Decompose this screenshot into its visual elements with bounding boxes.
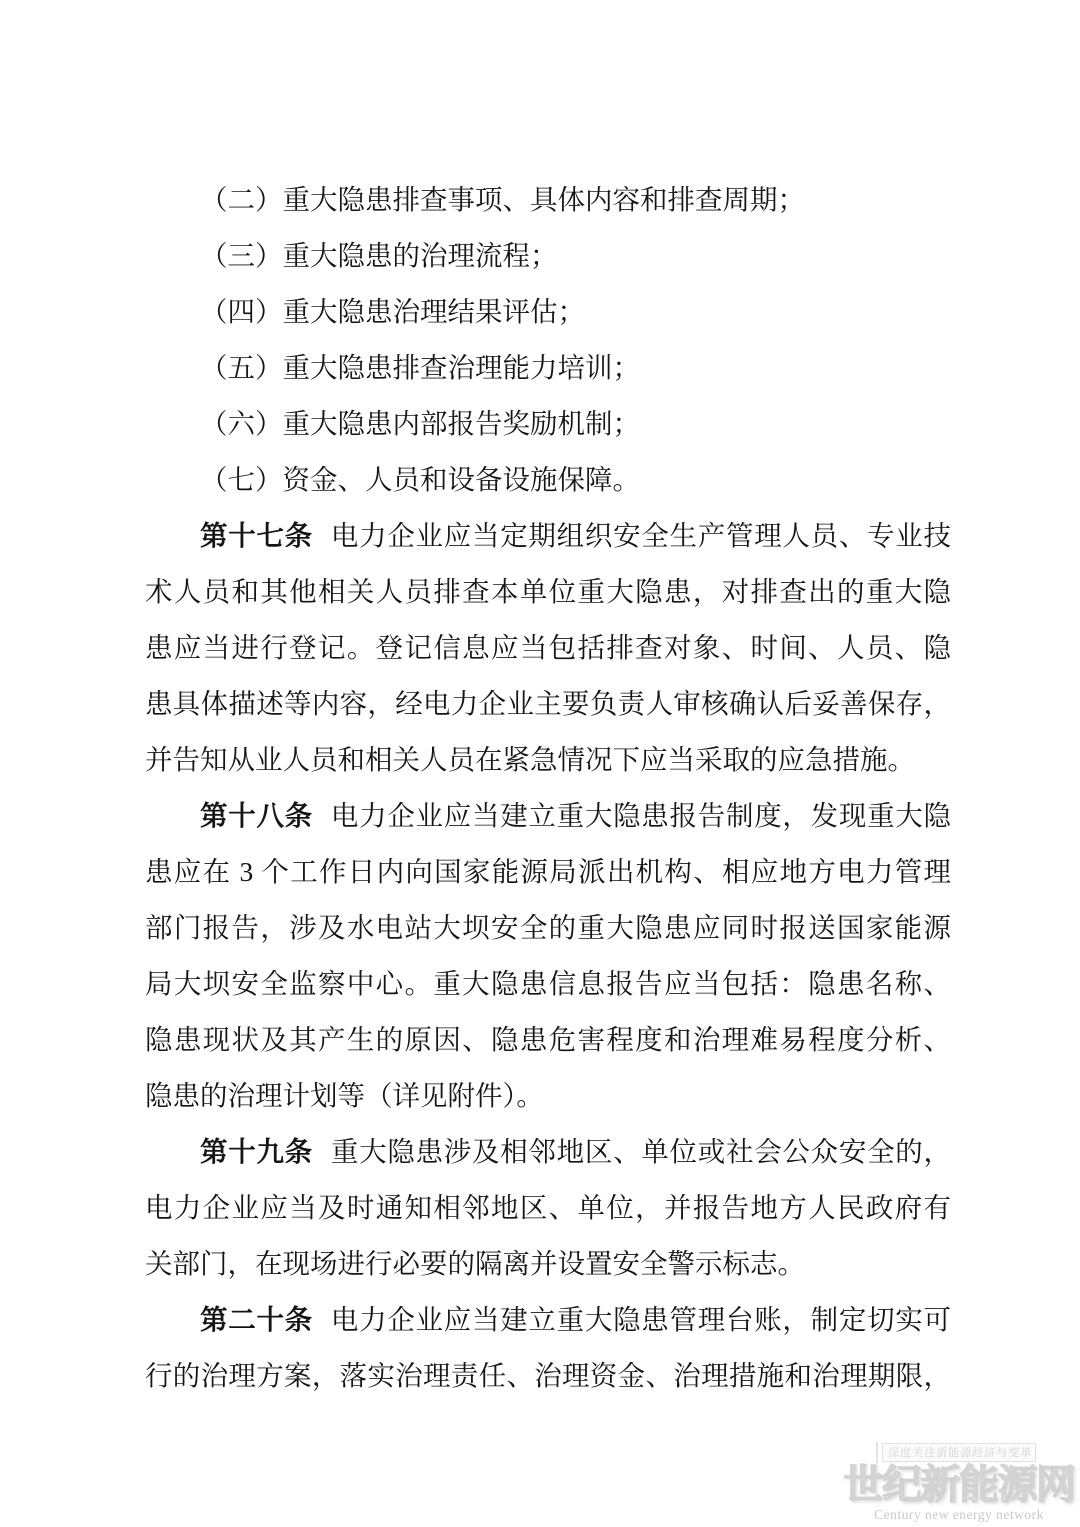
watermark-slogan-text: 深度关注新能源经济与变革 (887, 1446, 1031, 1458)
text-line: 行的治理方案，落实治理责任、治理资金、治理措施和治理期限， (145, 1348, 951, 1404)
text-line: 术人员和其他相关人员排查本单位重大隐患，对排查出的重大隐 (145, 564, 951, 620)
text-line: （五）重大隐患排查治理能力培训； (145, 340, 951, 396)
text-line: （四）重大隐患治理结果评估； (145, 284, 951, 340)
text-line: 患应在 3 个工作日内向国家能源局派出机构、相应地方电力管理 (145, 844, 951, 900)
text-line: 电力企业应当及时通知相邻地区、单位，并报告地方人民政府有 (145, 1180, 951, 1236)
text-line: 患具体描述等内容，经电力企业主要负责人审核确认后妥善保存， (145, 676, 951, 732)
article-number: 第十八条 (200, 800, 331, 831)
text-line: 部门报告，涉及水电站大坝安全的重大隐患应同时报送国家能源 (145, 900, 951, 956)
text-line: （七）资金、人员和设备设施保障。 (145, 452, 951, 508)
text-line: 局大坝安全监察中心。重大隐患信息报告应当包括：隐患名称、 (145, 956, 951, 1012)
text-line: 患应当进行登记。登记信息应当包括排查对象、时间、人员、隐 (145, 620, 951, 676)
text-line: 并告知从业人员和相关人员在紧急情况下应当采取的应急措施。 (145, 732, 951, 788)
document-body: （二）重大隐患排查事项、具体内容和排查周期；（三）重大隐患的治理流程；（四）重大… (145, 172, 951, 1404)
document-page: （二）重大隐患排查事项、具体内容和排查周期；（三）重大隐患的治理流程；（四）重大… (0, 0, 1080, 1527)
article-number: 第十九条 (200, 1136, 331, 1167)
article-number: 第二十条 (200, 1304, 331, 1335)
text-line: 关部门，在现场进行必要的隔离并设置安全警示标志。 (145, 1236, 951, 1292)
text-line: （六）重大隐患内部报告奖励机制； (145, 396, 951, 452)
watermark: 深度关注新能源经济与变革 世纪新能源网 Century new energy n… (840, 1442, 1078, 1523)
watermark-slogan-badge: 深度关注新能源经济与变革 (882, 1443, 1036, 1462)
text-line: 隐患的治理计划等（详见附件）。 (145, 1068, 951, 1124)
text-line: 第十九条重大隐患涉及相邻地区、单位或社会公众安全的， (145, 1124, 951, 1180)
text-line: 隐患现状及其产生的原因、隐患危害程度和治理难易程度分析、 (145, 1012, 951, 1068)
watermark-brand: 世纪新能源网 (840, 1464, 1078, 1506)
text-line: （三）重大隐患的治理流程； (145, 228, 951, 284)
watermark-brand-en: Century new energy network (840, 1507, 1078, 1523)
text-line: 第十八条电力企业应当建立重大隐患报告制度，发现重大隐 (145, 788, 951, 844)
text-line: （二）重大隐患排查事项、具体内容和排查周期； (145, 172, 951, 228)
text-line: 第十七条电力企业应当定期组织安全生产管理人员、专业技 (145, 508, 951, 564)
article-number: 第十七条 (200, 520, 331, 551)
text-line: 第二十条电力企业应当建立重大隐患管理台账，制定切实可 (145, 1292, 951, 1348)
